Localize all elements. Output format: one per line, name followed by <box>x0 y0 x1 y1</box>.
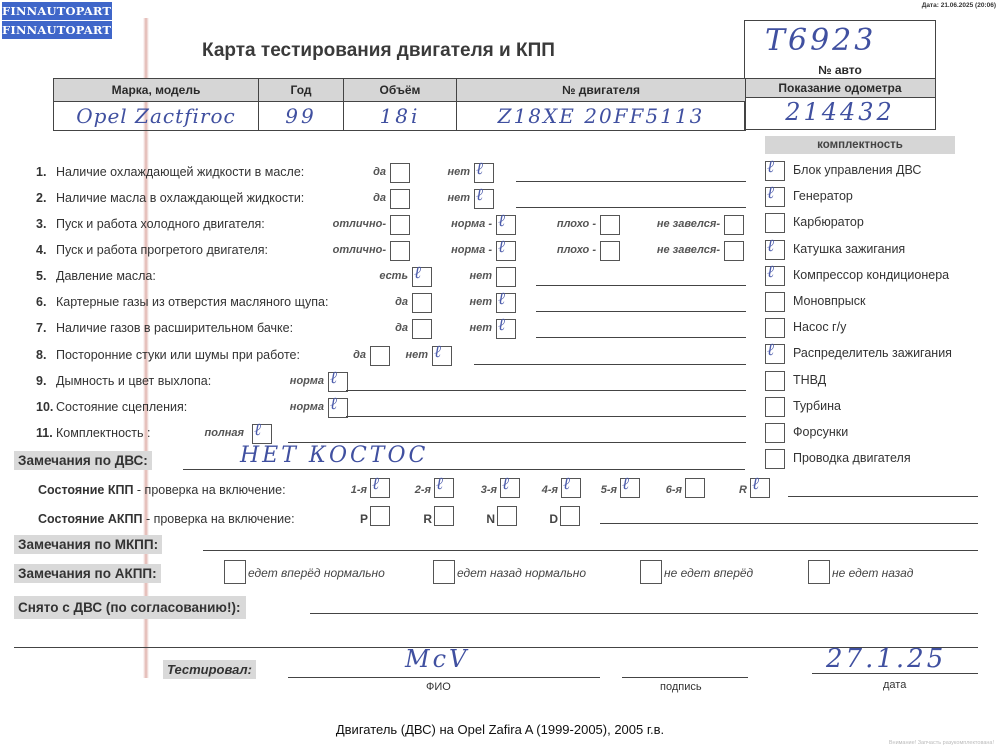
gear-label: 5-я <box>601 484 617 496</box>
check-1-notes-line[interactable] <box>516 181 746 182</box>
check-4-option-1[interactable] <box>390 241 410 261</box>
footnote: Внимание! Запчасть разукомплектована! <box>889 740 994 746</box>
removed-line[interactable] <box>310 613 978 614</box>
completeness-item-label: Моновпрыск <box>793 294 865 308</box>
question-text: Наличие охлаждающей жидкости в масле: <box>56 165 304 179</box>
check-mark-icon: ℓ <box>767 236 774 256</box>
check-mark-icon: ℓ <box>502 474 509 494</box>
gear-checkbox-R[interactable]: ℓ <box>750 478 770 498</box>
question-text: Посторонние стуки или шумы при работе: <box>56 348 300 362</box>
check-8-option-2[interactable]: ℓ <box>432 346 452 366</box>
brand-watermark-2: FINNAUTOPARTS <box>2 21 112 39</box>
engine-remarks-line <box>183 469 745 470</box>
check-6-option-1[interactable] <box>412 293 432 313</box>
completeness-item-label: Насос г/у <box>793 320 846 334</box>
completeness-item-label: Блок управления ДВС <box>793 163 921 177</box>
kpp-label-rest: - проверка на включение: <box>133 483 285 497</box>
tester-name-value: МсV <box>405 645 469 673</box>
akpp-label-rest: - проверка на включение: <box>142 512 294 526</box>
option-label: да <box>395 322 408 334</box>
question-number: 4. <box>36 243 56 257</box>
signature-caption: подпись <box>660 681 702 693</box>
col-year: Год <box>259 79 344 102</box>
check-1-option-1[interactable] <box>390 163 410 183</box>
completeness-item-label: Катушка зажигания <box>793 242 905 256</box>
completeness-checkbox-9[interactable] <box>765 371 785 391</box>
option-label: нет <box>447 192 470 204</box>
option-label: нет <box>469 270 492 282</box>
completeness-item-label: Карбюратор <box>793 215 864 229</box>
mkpp-remarks-line[interactable] <box>203 550 978 551</box>
akpp-remark-option-1[interactable] <box>224 560 246 584</box>
check-question-10: 10.Состояние сцепления: <box>36 400 187 414</box>
akpp-remark-option-3[interactable] <box>640 560 662 584</box>
question-text: Дымность и цвет выхлопа: <box>56 374 211 388</box>
check-7-option-2[interactable]: ℓ <box>496 319 516 339</box>
option-label: норма - <box>451 218 492 230</box>
gear-label: 4-я <box>542 484 558 496</box>
akpp-mode-checkbox-P[interactable] <box>370 506 390 526</box>
completeness-checkbox-4[interactable]: ℓ <box>765 240 785 260</box>
engine-remarks-label: Замечания по ДВС: <box>14 451 152 470</box>
check-8-notes-line[interactable] <box>474 364 746 365</box>
check-mark-icon: ℓ <box>498 315 505 335</box>
option-label: плохо - <box>557 218 596 230</box>
check-9-option-1[interactable]: ℓ <box>328 372 348 392</box>
signature-line[interactable] <box>622 677 748 678</box>
completeness-item-label: Компрессор кондиционера <box>793 268 949 282</box>
question-number: 3. <box>36 217 56 231</box>
completeness-item-label: Форсунки <box>793 425 848 439</box>
option-label: да <box>395 296 408 308</box>
check-7-notes-line[interactable] <box>536 337 746 338</box>
question-text: Наличие газов в расширительном бачке: <box>56 321 293 335</box>
question-number: 1. <box>36 165 56 179</box>
check-mark-icon: ℓ <box>498 289 505 309</box>
check-11-option-1[interactable]: ℓ <box>252 424 272 444</box>
completeness-checkbox-1[interactable]: ℓ <box>765 161 785 181</box>
check-question-3: 3.Пуск и работа холодного двигателя: <box>36 217 265 231</box>
completeness-item-label: Турбина <box>793 399 841 413</box>
check-mark-icon: ℓ <box>767 157 774 177</box>
option-label: да <box>353 349 366 361</box>
check-mark-icon: ℓ <box>498 237 505 257</box>
option-label: нет <box>447 166 470 178</box>
option-label: есть <box>379 270 408 282</box>
check-question-9: 9.Дымность и цвет выхлопа: <box>36 374 211 388</box>
check-mark-icon: ℓ <box>330 368 337 388</box>
gear-checkbox-6-я[interactable] <box>685 478 705 498</box>
kpp-label: Состояние КПП - проверка на включение: <box>38 483 286 497</box>
check-mark-icon: ℓ <box>563 474 570 494</box>
tested-by-label: Тестировал: <box>163 660 256 679</box>
col-make-model: Марка, модель <box>54 79 259 102</box>
check-3-option-1[interactable] <box>390 215 410 235</box>
check-question-8: 8.Посторонние стуки или шумы при работе: <box>36 348 300 362</box>
option-label: полная <box>204 427 244 439</box>
check-mark-icon: ℓ <box>330 394 337 414</box>
check-mark-icon: ℓ <box>254 420 261 440</box>
brand-watermark-1: FINNAUTOPARTS <box>2 2 112 20</box>
odometer-value: 214432 <box>785 98 895 126</box>
completeness-item-label: Распределитель зажигания <box>793 346 952 360</box>
completeness-checkbox-7[interactable] <box>765 318 785 338</box>
option-label: плохо - <box>557 244 596 256</box>
volume-value: 18i <box>380 104 421 128</box>
check-3-option-2[interactable]: ℓ <box>496 215 516 235</box>
question-number: 11. <box>36 426 56 440</box>
car-number-value: T6923 <box>765 23 876 58</box>
check-5-notes-line[interactable] <box>536 285 746 286</box>
completeness-checkbox-12[interactable] <box>765 449 785 469</box>
check-6-option-2[interactable]: ℓ <box>496 293 516 313</box>
gear-label: 1-я <box>351 484 367 496</box>
question-number: 5. <box>36 269 56 283</box>
check-question-11: 11.Комплектность : <box>36 426 150 440</box>
check-5-option-2[interactable] <box>496 267 516 287</box>
question-number: 8. <box>36 348 56 362</box>
akpp-label-bold: Состояние АКПП <box>38 512 142 526</box>
option-label: норма - <box>451 244 492 256</box>
akpp-label: Состояние АКПП - проверка на включение: <box>38 512 295 526</box>
date-stamp: Дата: 21.06.2025 (20:06) <box>922 2 996 9</box>
akpp-notes-line <box>600 523 978 524</box>
check-mark-icon: ℓ <box>434 342 441 362</box>
akpp-mode-checkbox-N[interactable] <box>497 506 517 526</box>
make-model-value: Opel Zactfiroc <box>76 104 235 128</box>
date-caption: дата <box>883 679 906 691</box>
check-9-notes-line[interactable] <box>346 390 746 391</box>
check-mark-icon: ℓ <box>767 183 774 203</box>
check-4-option-2[interactable]: ℓ <box>496 241 516 261</box>
completeness-checkbox-3[interactable] <box>765 213 785 233</box>
check-6-notes-line[interactable] <box>536 311 746 312</box>
completeness-item-label: Проводка двигателя <box>793 451 911 465</box>
question-text: Состояние сцепления: <box>56 400 187 414</box>
check-7-option-1[interactable] <box>412 319 432 339</box>
year-value: 99 <box>285 104 316 128</box>
gear-checkbox-4-я[interactable]: ℓ <box>561 478 581 498</box>
check-mark-icon: ℓ <box>414 263 421 283</box>
odometer-label: Показание одометра <box>745 78 935 98</box>
akpp-remark-option-label: не едет назад <box>832 566 913 580</box>
akpp-remarks-label: Замечания по АКПП: <box>14 564 161 583</box>
question-text: Пуск и работа холодного двигателя: <box>56 217 265 231</box>
check-2-option-1[interactable] <box>390 189 410 209</box>
check-question-5: 5.Давление масла: <box>36 269 156 283</box>
gear-checkbox-3-я[interactable]: ℓ <box>500 478 520 498</box>
gear-checkbox-5-я[interactable]: ℓ <box>620 478 640 498</box>
vehicle-info-table: Марка, модель Год Объём № двигателя Opel… <box>53 78 746 131</box>
option-label: не завелся- <box>657 218 720 230</box>
engine-remarks-value[interactable]: НЕТ КОСТОС <box>240 443 428 468</box>
check-3-option-4[interactable] <box>724 215 744 235</box>
option-label: не завелся- <box>657 244 720 256</box>
akpp-remark-option-label: едет назад нормально <box>457 566 586 580</box>
check-question-6: 6.Картерные газы из отверстия масляного … <box>36 295 328 309</box>
name-line[interactable] <box>288 677 600 678</box>
check-mark-icon: ℓ <box>752 474 759 494</box>
option-label: нет <box>469 296 492 308</box>
akpp-mode-label: N <box>486 512 495 526</box>
akpp-remark-option-label: едет вперёд нормально <box>248 566 385 580</box>
mkpp-remarks-label: Замечания по МКПП: <box>14 535 162 554</box>
form-title: Карта тестирования двигателя и КПП <box>202 40 555 62</box>
check-question-2: 2.Наличие масла в охлаждающей жидкости: <box>36 191 304 205</box>
engine-number-value: Z18XE 20FF5113 <box>498 104 705 128</box>
col-engine-number: № двигателя <box>457 79 746 102</box>
gear-checkbox-2-я[interactable]: ℓ <box>434 478 454 498</box>
check-question-1: 1.Наличие охлаждающей жидкости в масле: <box>36 165 304 179</box>
image-caption: Двигатель (ДВС) на Opel Zafira A (1999-2… <box>0 722 1000 737</box>
check-mark-icon: ℓ <box>498 211 505 231</box>
check-mark-icon: ℓ <box>767 262 774 282</box>
completeness-checkbox-10[interactable] <box>765 397 785 417</box>
odometer-cell: 214432 <box>745 97 935 128</box>
car-number-label: № авто <box>745 63 935 77</box>
question-text: Пуск и работа прогретого двигателя: <box>56 243 268 257</box>
check-2-option-2[interactable]: ℓ <box>474 189 494 209</box>
check-3-option-3[interactable] <box>600 215 620 235</box>
check-mark-icon: ℓ <box>622 474 629 494</box>
gear-checkbox-1-я[interactable]: ℓ <box>370 478 390 498</box>
completeness-checkbox-5[interactable]: ℓ <box>765 266 785 286</box>
akpp-mode-label: R <box>423 512 432 526</box>
question-text: Комплектность : <box>56 426 150 440</box>
question-number: 7. <box>36 321 56 335</box>
name-caption: ФИО <box>426 681 451 693</box>
question-number: 10. <box>36 400 56 414</box>
question-number: 9. <box>36 374 56 388</box>
check-question-4: 4.Пуск и работа прогретого двигателя: <box>36 243 268 257</box>
completeness-item-label: Генератор <box>793 189 853 203</box>
akpp-remark-option-label: не едет вперёд <box>664 566 753 580</box>
check-8-option-1[interactable] <box>370 346 390 366</box>
check-mark-icon: ℓ <box>436 474 443 494</box>
question-text: Наличие масла в охлаждающей жидкости: <box>56 191 304 205</box>
check-4-option-4[interactable] <box>724 241 744 261</box>
option-label: да <box>373 166 386 178</box>
check-5-option-1[interactable]: ℓ <box>412 267 432 287</box>
gear-label: 2-я <box>415 484 431 496</box>
check-2-notes-line[interactable] <box>516 207 746 208</box>
completeness-checkbox-6[interactable] <box>765 292 785 312</box>
option-label: отлично- <box>333 218 386 230</box>
check-1-option-2[interactable]: ℓ <box>474 163 494 183</box>
kpp-notes-line <box>788 496 978 497</box>
col-volume: Объём <box>344 79 457 102</box>
check-question-7: 7.Наличие газов в расширительном бачке: <box>36 321 293 335</box>
option-label: норма <box>290 375 324 387</box>
gear-label: R <box>739 484 747 496</box>
akpp-mode-checkbox-R[interactable] <box>434 506 454 526</box>
completeness-checkbox-11[interactable] <box>765 423 785 443</box>
check-10-notes-line[interactable] <box>346 416 746 417</box>
check-4-option-3[interactable] <box>600 241 620 261</box>
option-label: нет <box>469 322 492 334</box>
check-mark-icon: ℓ <box>476 159 483 179</box>
check-10-option-1[interactable]: ℓ <box>328 398 348 418</box>
option-label: да <box>373 192 386 204</box>
gear-label: 3-я <box>481 484 497 496</box>
completeness-title: комплектность <box>765 136 955 154</box>
car-number-box: T6923 № авто Показание одометра 214432 <box>744 20 936 130</box>
akpp-mode-label: P <box>360 512 368 526</box>
check-mark-icon: ℓ <box>372 474 379 494</box>
question-text: Давление масла: <box>56 269 156 283</box>
check-mark-icon: ℓ <box>476 185 483 205</box>
akpp-mode-label: D <box>549 512 558 526</box>
question-number: 6. <box>36 295 56 309</box>
option-label: норма <box>290 401 324 413</box>
removed-label: Снято с ДВС (по согласованию!): <box>14 596 246 619</box>
completeness-checkbox-2[interactable]: ℓ <box>765 187 785 207</box>
akpp-remark-option-4[interactable] <box>808 560 830 584</box>
option-label: отлично- <box>333 244 386 256</box>
gear-label: 6-я <box>666 484 682 496</box>
akpp-mode-checkbox-D[interactable] <box>560 506 580 526</box>
question-text: Картерные газы из отверстия масляного щу… <box>56 295 328 309</box>
option-label: нет <box>405 349 428 361</box>
check-mark-icon: ℓ <box>767 340 774 360</box>
akpp-remark-option-2[interactable] <box>433 560 455 584</box>
completeness-item-label: ТНВД <box>793 373 826 387</box>
test-date-value: 27.1.25 <box>826 644 946 674</box>
completeness-checkbox-8[interactable]: ℓ <box>765 344 785 364</box>
question-number: 2. <box>36 191 56 205</box>
kpp-label-bold: Состояние КПП <box>38 483 133 497</box>
